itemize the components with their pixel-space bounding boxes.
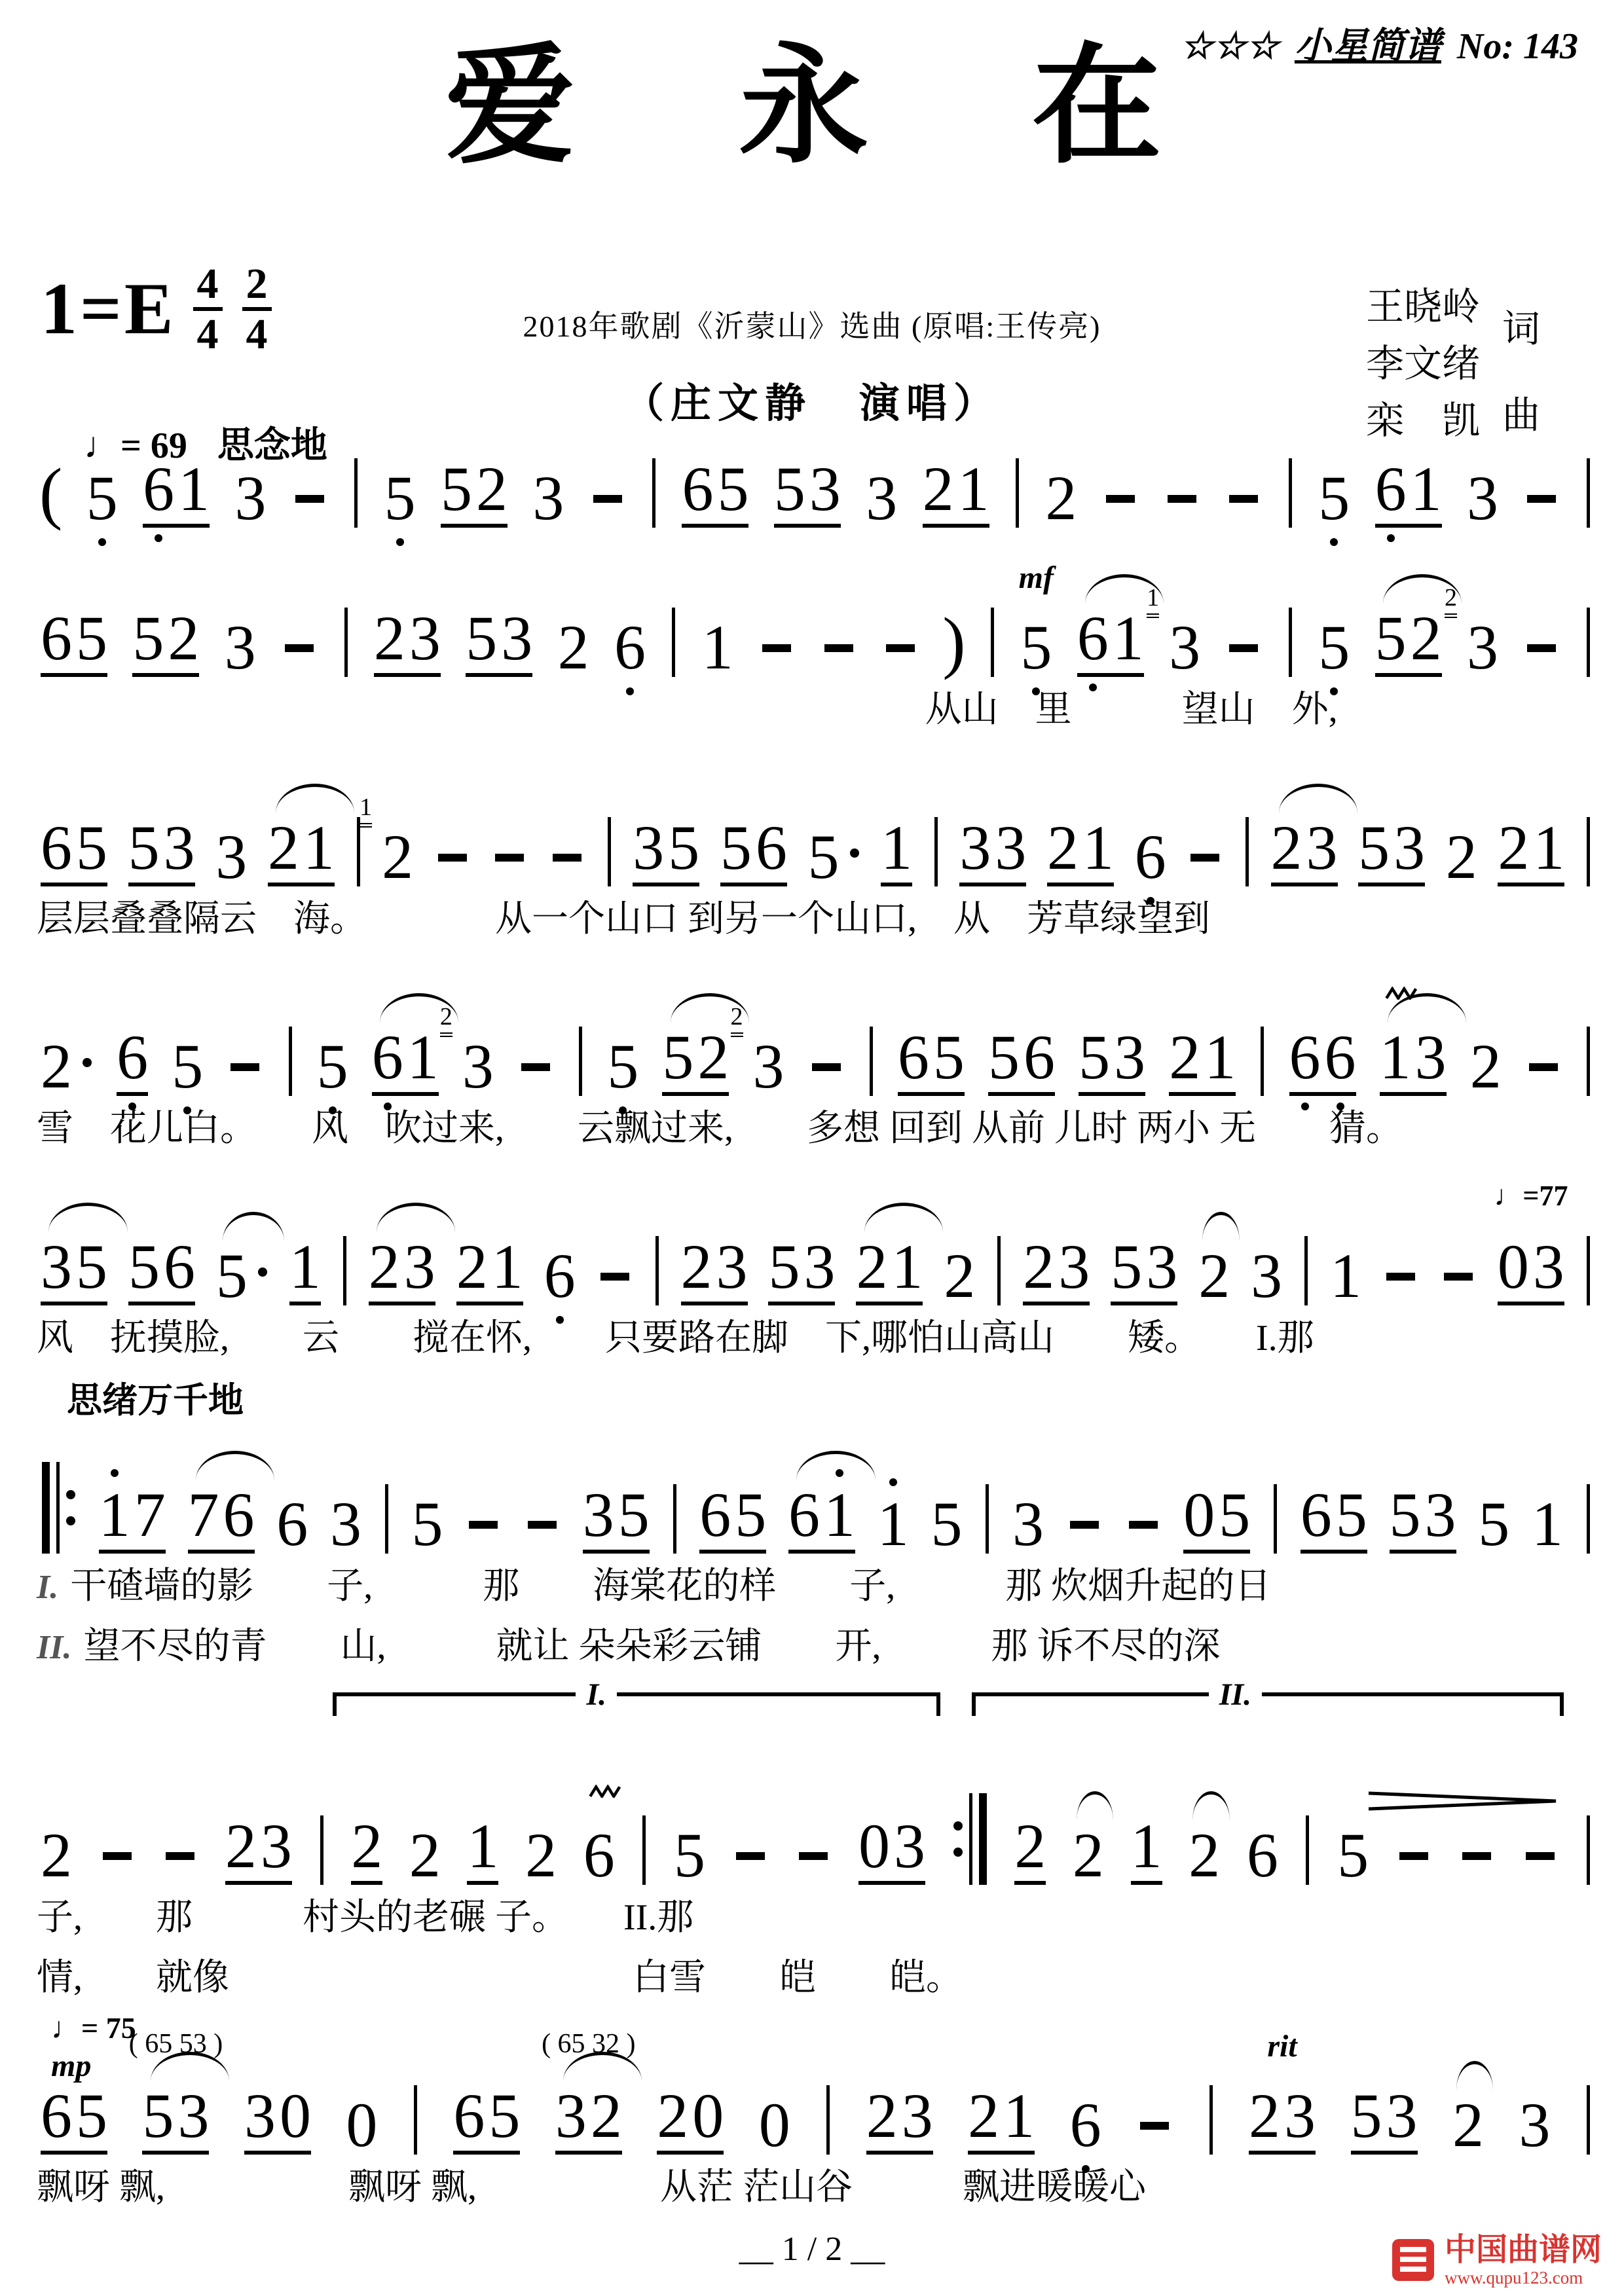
note — [1187, 854, 1223, 886]
digit: 0 — [759, 2095, 790, 2155]
digit: 5 — [768, 1237, 800, 1296]
note-digits — [1102, 495, 1139, 528]
note-digits — [1382, 1273, 1419, 1305]
lyrics-text: 雪 花儿白。 风 吹过来, 云飘过来, 多想 回到 从前 儿时 两小 无 猜。 — [37, 1108, 1403, 1149]
note — [732, 1852, 769, 1885]
digit: 1 — [1003, 2086, 1035, 2145]
note-digits: 2 — [41, 1036, 93, 1096]
digit: 3 — [803, 1237, 835, 1296]
digit: 3 — [1058, 1237, 1090, 1296]
digit: 2 — [41, 1825, 72, 1885]
volta-bracket: II. — [972, 1692, 1564, 1720]
thick-barline — [42, 1462, 50, 1554]
digit: 5 — [489, 2086, 520, 2145]
digit: 3 — [716, 1237, 748, 1296]
digit: 1 — [891, 1237, 923, 1296]
note: 33 — [959, 818, 1026, 886]
note-digits: 2 — [525, 1825, 557, 1885]
note-digits — [1395, 1852, 1432, 1885]
note: 1 — [702, 617, 733, 677]
note-digits: 5 — [384, 468, 416, 528]
digit: 3 — [995, 818, 1026, 877]
barline — [652, 458, 655, 528]
digit: 2 — [856, 1237, 887, 1296]
digit: 6 — [41, 818, 72, 877]
digit: 3 — [1146, 1237, 1177, 1296]
digit: 3 — [1467, 617, 1498, 677]
barline — [1587, 1027, 1590, 1096]
note: ♩=7703 — [1498, 1237, 1564, 1305]
note-digits: 1 — [1532, 1494, 1563, 1554]
digit: 1 — [1532, 1494, 1563, 1554]
digit: 5 — [172, 1036, 203, 1096]
note — [1225, 644, 1262, 677]
repeat-end — [953, 1793, 987, 1885]
digit: 6 — [583, 1825, 615, 1885]
note-digits: 2 — [1452, 2095, 1484, 2155]
barline — [1587, 2085, 1590, 2155]
note-digits: 5 — [1318, 617, 1350, 677]
note: 65 — [41, 818, 107, 886]
note — [524, 1521, 561, 1554]
notes-row: 65( 65 53 )5330065( 65 32 )3220023216rit… — [37, 2085, 1595, 2155]
digit: 5 — [1020, 617, 1052, 677]
volta-label: II. — [1209, 1677, 1262, 1713]
note-digits: 2 — [1470, 1036, 1502, 1096]
digit: 2 — [697, 1027, 729, 1087]
digit: 2 — [1169, 1027, 1200, 1087]
note: 2 — [944, 1246, 975, 1305]
note — [1440, 1273, 1477, 1305]
dash — [1527, 644, 1556, 652]
digit: 5 — [607, 1036, 638, 1096]
note — [1382, 1273, 1419, 1305]
score: (56135523655332125613655232353261)mf5611… — [37, 385, 1595, 2221]
thick-barline — [979, 1793, 987, 1885]
note-digits — [1136, 2122, 1173, 2155]
repeat-dot — [66, 1490, 75, 1499]
note: 53 — [466, 608, 532, 677]
note: 65 — [898, 1027, 965, 1096]
digit: 6 — [453, 2086, 485, 2145]
note: 5 — [412, 1494, 443, 1554]
digit: 6 — [276, 1494, 308, 1554]
note: 23 — [753, 1036, 784, 1096]
repeat-dots — [953, 1821, 963, 1857]
note-digits: 05 — [1183, 1485, 1250, 1554]
barline — [414, 2085, 417, 2155]
volta-label: I. — [576, 1677, 617, 1713]
note: 53 — [768, 1237, 835, 1305]
note: 6 — [1070, 2095, 1101, 2155]
digit: 5 — [216, 1246, 248, 1305]
note: 23 — [374, 608, 441, 677]
note — [549, 854, 585, 886]
note — [1458, 1852, 1495, 1885]
digit: 6 — [756, 818, 787, 877]
digit: 2 — [591, 2086, 622, 2145]
note-digits: 5 — [1478, 1494, 1509, 1554]
note-digits: 3 — [1012, 1494, 1044, 1554]
note: 23 — [1467, 617, 1498, 677]
digit: 6 — [117, 1027, 148, 1087]
note-digits: 5 — [412, 1494, 443, 1554]
digit: 5 — [1478, 1494, 1509, 1554]
digit: 5 — [86, 468, 118, 528]
digit: 3 — [1519, 2095, 1550, 2155]
note-digits: 3 — [532, 468, 564, 528]
dash — [600, 1273, 629, 1281]
digit: 5 — [808, 827, 840, 886]
note-digits: 23 — [369, 1237, 435, 1305]
slur-icon — [1456, 2061, 1494, 2090]
note: 0 — [346, 2095, 377, 2155]
logo-site-name: 中国曲谱网 — [1445, 2232, 1602, 2268]
notes-line: (56135523655332125613 — [37, 385, 1595, 528]
lyrics-text: 层层叠叠隔云 海。 从一个山口 到另一个山口, 从 芳草绿望到 — [37, 899, 1210, 939]
digit: 2 — [968, 2086, 999, 2145]
digit: 1 — [1533, 818, 1564, 877]
note — [1125, 1521, 1162, 1554]
dash — [469, 1521, 498, 1529]
digit: 6 — [1325, 1027, 1356, 1087]
digit: 1 — [1380, 1027, 1411, 1087]
note: 2 — [1446, 827, 1477, 886]
barline — [655, 1236, 659, 1305]
lyrics-text: 飘呀 飘, 飘呀 飘, 从茫 茫山谷 飘进暖暖心 — [37, 2167, 1146, 2208]
note-digits: 61 — [1077, 608, 1144, 677]
note: 1 — [467, 1816, 498, 1885]
dash — [886, 644, 915, 652]
note-digits: 56 — [720, 818, 787, 886]
barline — [354, 458, 358, 528]
score-line: 655332112355651332162353221层层叠叠隔云 海。 从一个… — [37, 744, 1595, 947]
lyrics-row: 飘呀 飘, 飘呀 飘, 从茫 茫山谷 飘进暖暖心 — [37, 2160, 1595, 2215]
note-digits: 56 — [128, 1237, 195, 1305]
note: 13 — [1169, 617, 1200, 677]
thin-barline — [56, 1462, 60, 1554]
digit: 2 — [1249, 2086, 1280, 2145]
slur-icon — [276, 784, 354, 813]
note-digits: 53 — [1079, 1027, 1145, 1096]
notes-line: ♩= 75mp65( 65 53 )5330065( 65 32 )322002… — [37, 2012, 1595, 2155]
note: 61 — [143, 459, 210, 528]
note: 3 — [330, 1494, 361, 1554]
note-digits — [1125, 1521, 1162, 1554]
note: 2 — [1014, 1816, 1046, 1885]
note: 21 — [1047, 818, 1114, 886]
note-digits — [1225, 644, 1262, 677]
thin-barline — [969, 1793, 972, 1885]
barline — [1587, 608, 1590, 677]
digit: 1 — [492, 1237, 523, 1296]
note: 3 — [1467, 468, 1498, 528]
digit: 6 — [544, 1246, 576, 1305]
lyrics-row: 从山 里 望山 外, — [37, 682, 1595, 737]
dash — [1529, 1063, 1558, 1071]
note: 23 — [462, 1036, 494, 1096]
note-digits: 65 — [41, 608, 107, 677]
note: 76 — [188, 1485, 255, 1554]
open-paren: ( — [39, 458, 62, 528]
note: 53 — [1079, 1027, 1145, 1096]
digit: 3 — [409, 608, 441, 668]
dash — [1229, 644, 1258, 652]
notes-row: 655332112355651332162353221 — [37, 817, 1595, 886]
note-digits: 2 — [41, 1825, 72, 1885]
dash — [231, 1063, 259, 1071]
note — [517, 1063, 554, 1096]
note-digits: 56 — [988, 1027, 1055, 1096]
note-digits: 2 — [1014, 1816, 1046, 1885]
digit: 3 — [1012, 1494, 1044, 1554]
note: 21 — [856, 1237, 923, 1305]
dash — [1399, 1852, 1428, 1860]
lyrics-row: 子, 那 村头的老碾 子。 II.那 — [37, 1890, 1595, 1945]
annotation: ♩=77 — [1494, 1179, 1568, 1212]
qupu-logo-text-block: 中国曲谱网 www.qupu123.com — [1445, 2232, 1602, 2288]
digit: 3 — [1251, 1246, 1282, 1305]
digit: 6 — [164, 1237, 195, 1296]
note: 6 — [1247, 1825, 1278, 1885]
note: 65 — [682, 459, 748, 528]
note: 2 — [1045, 468, 1077, 528]
note-digits: 5 — [216, 1246, 268, 1305]
dash — [103, 1852, 132, 1860]
note-digits: 23 — [374, 608, 441, 677]
digit: 5 — [1336, 1485, 1367, 1544]
note — [758, 644, 795, 677]
note: 2 — [558, 617, 589, 677]
note — [1525, 1063, 1562, 1096]
barline — [1261, 1027, 1264, 1096]
barline — [826, 2085, 830, 2155]
digit: 5 — [128, 1237, 160, 1296]
note-digits: 2 — [1446, 827, 1477, 886]
note-digits — [1525, 1063, 1562, 1096]
annotation: ( 65 53 ) — [129, 2028, 223, 2060]
note: 2 — [1198, 1246, 1230, 1305]
note-digits: 3 — [1251, 1246, 1282, 1305]
digit: 0 — [1498, 1237, 1529, 1296]
note: 23 — [866, 2086, 933, 2155]
lyrics-text: 干碴墙的影 子, 那 海棠花的样 子, 那 炊烟升起的日 — [70, 1566, 1271, 1607]
digit: 2 — [1045, 468, 1077, 528]
note: 21 — [923, 459, 989, 528]
notes-row: 26556123552236556532166132 — [37, 1027, 1595, 1096]
qupu-logo-icon — [1392, 2239, 1434, 2281]
note-digits: 52 — [662, 1027, 729, 1096]
note: 53 — [1358, 818, 1425, 886]
grace-note: 2 — [440, 1004, 452, 1037]
note — [821, 644, 857, 677]
lyrics-text: 子, 那 村头的老碾 子。 II.那 — [37, 1897, 693, 1938]
note-digits: 13 — [1380, 1027, 1447, 1096]
digit: 1 — [702, 617, 733, 677]
note-digits: 6 — [1247, 1825, 1278, 1885]
slur-icon — [196, 1451, 274, 1480]
note-digits: 2 — [382, 827, 413, 886]
lyrics-text: 从山 里 望山 外, — [925, 689, 1338, 730]
note: 61 — [1375, 459, 1442, 528]
lyrics-row: 雪 花儿白。 风 吹过来, 云飘过来, 多想 回到 从前 儿时 两小 无 猜。 — [37, 1101, 1595, 1156]
note: 65 — [41, 608, 107, 677]
note: ( 65 53 )53 — [142, 2086, 209, 2155]
note: 53 — [1351, 2086, 1418, 2155]
digit: 5 — [76, 1237, 107, 1296]
score-line: 26556123552236556532166132雪 花儿白。 风 吹过来, … — [37, 953, 1595, 1156]
dash — [1070, 1521, 1099, 1529]
barline — [385, 1484, 388, 1554]
dash — [285, 644, 314, 652]
qupu-logo: 中国曲谱网 www.qupu123.com — [1392, 2232, 1602, 2288]
lyrics-row: 风 抚摸脸, 云 搅在怀, 只要路在脚 下,哪怕山高山 矮。 I.那 — [37, 1311, 1595, 1366]
repeat-dot — [953, 1848, 963, 1857]
digit: 2 — [1047, 818, 1079, 877]
barline — [1289, 608, 1292, 677]
digit: 3 — [1386, 2086, 1418, 2145]
digit: 1 — [824, 1485, 855, 1544]
dash — [812, 1063, 841, 1071]
barline — [320, 1815, 323, 1885]
note: 21 — [968, 2086, 1035, 2155]
note-digits: 52 — [1375, 608, 1442, 677]
grace-note: 1 — [1147, 585, 1159, 618]
digit: 3 — [894, 1816, 925, 1876]
digit: 2 — [41, 1036, 72, 1096]
digit: 2 — [1073, 1825, 1104, 1885]
note-digits: 2 — [1189, 1825, 1220, 1885]
digit: 2 — [944, 1246, 975, 1305]
digit: 2 — [1470, 1036, 1502, 1096]
repeat-begin — [42, 1462, 75, 1554]
note-digits — [1523, 644, 1560, 677]
notes-row: 655232353261)mf5611355223 — [37, 608, 1595, 677]
note: 2 — [351, 1816, 382, 1885]
note-digits — [291, 495, 328, 528]
digit: 3 — [1467, 468, 1498, 528]
note — [99, 1852, 136, 1885]
barline — [672, 608, 675, 677]
note-digits: 5 — [172, 1036, 203, 1096]
note — [434, 854, 471, 886]
dash — [1168, 495, 1196, 503]
dash — [1526, 1852, 1555, 1860]
digit: 5 — [76, 2086, 107, 2145]
song-title: 爱 永 在 — [0, 34, 1624, 177]
note-digits: 53 — [128, 818, 195, 886]
note-digits — [162, 1852, 198, 1885]
note: 5 — [216, 1246, 268, 1305]
note-digits — [732, 1852, 769, 1885]
note: 52 — [1375, 608, 1442, 677]
verse-number: II. — [37, 1629, 71, 1666]
slur-icon — [223, 1212, 284, 1241]
note: 1 — [1532, 1494, 1563, 1554]
dash — [528, 1521, 557, 1529]
note: 2 — [41, 1825, 72, 1885]
digit: 3 — [244, 2086, 276, 2145]
augmentation-dot — [850, 848, 859, 858]
digit: 2 — [369, 1237, 400, 1296]
note: 53 — [128, 818, 195, 886]
note-digits: 53 — [1111, 1237, 1177, 1305]
note-digits: 23 — [1023, 1237, 1090, 1305]
note-digits: 1 — [881, 818, 912, 886]
barline — [579, 1027, 582, 1096]
note: 1 — [1131, 1816, 1162, 1885]
note: mf5 — [1020, 617, 1052, 677]
note: 20 — [657, 2086, 724, 2155]
note: 53 — [774, 459, 841, 528]
digit: 6 — [1135, 827, 1166, 886]
digit: 6 — [1375, 459, 1407, 519]
note: 5 — [1318, 468, 1350, 528]
note-digits: 17 — [99, 1485, 166, 1554]
pre-label: ♩= 75 — [51, 2011, 136, 2045]
digit: 6 — [1301, 1485, 1332, 1544]
note-digits: 52 — [441, 459, 507, 528]
barline — [289, 1027, 292, 1096]
note: rit23 — [1249, 2086, 1316, 2155]
slur-icon — [1077, 1791, 1114, 1821]
note: 23 — [225, 1816, 292, 1885]
digit: 1 — [877, 1494, 909, 1554]
notes-row: 177663535656115305655351 — [37, 1462, 1595, 1554]
digit: 5 — [317, 1036, 348, 1096]
digit: 3 — [215, 827, 247, 886]
note-digits: 61 — [1375, 459, 1442, 528]
digit: 2 — [225, 1816, 257, 1876]
barline — [1304, 1236, 1308, 1305]
note: 13 — [1380, 1027, 1447, 1096]
digit: 5 — [1111, 1237, 1142, 1296]
note: 5 — [607, 1036, 638, 1096]
digit: 5 — [384, 468, 416, 528]
barline — [1587, 1236, 1590, 1305]
note: 3 — [1012, 1494, 1044, 1554]
note-digits: 3 — [462, 1036, 494, 1096]
note: 21 — [1169, 1027, 1236, 1096]
digit: 3 — [501, 608, 532, 668]
dash — [1140, 2122, 1169, 2130]
barline — [997, 1236, 1001, 1305]
digit: 1 — [1082, 818, 1114, 877]
note-digits: 21 — [1498, 818, 1564, 886]
digit: 2 — [525, 1825, 557, 1885]
dash — [553, 854, 581, 862]
digit: 5 — [735, 1485, 766, 1544]
note: 21 — [268, 818, 335, 886]
lyrics-row: I.干碴墙的影 子, 那 海棠花的样 子, 那 炊烟升起的日 — [37, 1559, 1595, 1614]
dash — [295, 495, 324, 503]
note-digits: 23 — [225, 1816, 292, 1885]
digit: 0 — [1183, 1485, 1215, 1544]
digit: 1 — [289, 1237, 321, 1296]
note-digits — [517, 1063, 554, 1096]
note: 3 — [1251, 1246, 1282, 1305]
note-digits: 21 — [1047, 818, 1114, 886]
notes-line: 26556123552236556532166132 — [37, 953, 1595, 1096]
note-digits: 3 — [1519, 2095, 1550, 2155]
dash — [166, 1852, 194, 1860]
digit: 6 — [1289, 1027, 1321, 1087]
note-digits — [808, 1063, 845, 1096]
note: 35 — [41, 1237, 107, 1305]
digit: 5 — [988, 1027, 1020, 1087]
digit: 2 — [168, 608, 199, 668]
grace-note: 2 — [1445, 585, 1457, 618]
